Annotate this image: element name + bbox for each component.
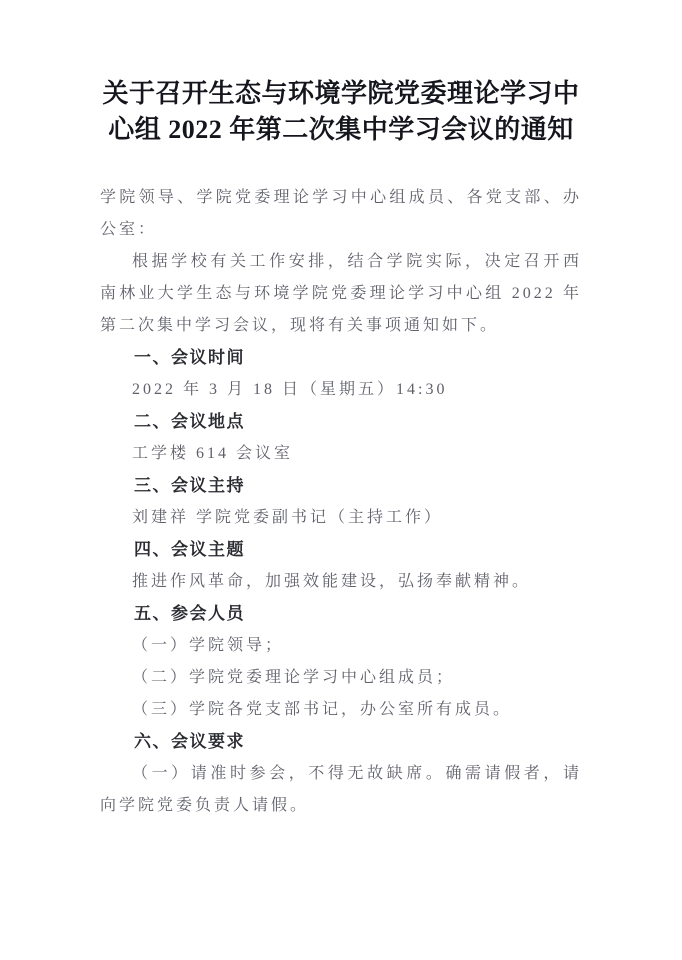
section-4-heading: 四、会议主题 [100,534,582,566]
section-5-item-3: （三）学院各党支部书记，办公室所有成员。 [100,694,582,726]
section-4-paragraph: 推进作风革命，加强效能建设，弘扬奉献精神。 [100,566,582,598]
document-title: 关于召开生态与环境学院党委理论学习中心组 2022 年第二次集中学习会议的通知 [100,76,582,148]
document-page: 关于召开生态与环境学院党委理论学习中心组 2022 年第二次集中学习会议的通知 … [0,0,682,960]
section-5-item-1: （一）学院领导； [100,630,582,662]
section-6-item-1: （一）请准时参会，不得无故缺席。确需请假者，请向学院党委负责人请假。 [100,758,582,822]
section-3-heading: 三、会议主持 [100,470,582,502]
section-5-heading: 五、参会人员 [100,598,582,630]
section-5-item-2: （二）学院党委理论学习中心组成员； [100,662,582,694]
section-1-heading: 一、会议时间 [100,342,582,374]
section-6-heading: 六、会议要求 [100,726,582,758]
intro-paragraph: 根据学校有关工作安排，结合学院实际，决定召开西南林业大学生态与环境学院党委理论学… [100,246,582,342]
section-1-paragraph: 2022 年 3 月 18 日（星期五）14:30 [100,374,582,406]
section-3-paragraph: 刘建祥 学院党委副书记（主持工作） [100,502,582,534]
salutation-line: 学院领导、学院党委理论学习中心组成员、各党支部、办公室： [100,182,582,246]
section-2-paragraph: 工学楼 614 会议室 [100,438,582,470]
section-2-heading: 二、会议地点 [100,406,582,438]
